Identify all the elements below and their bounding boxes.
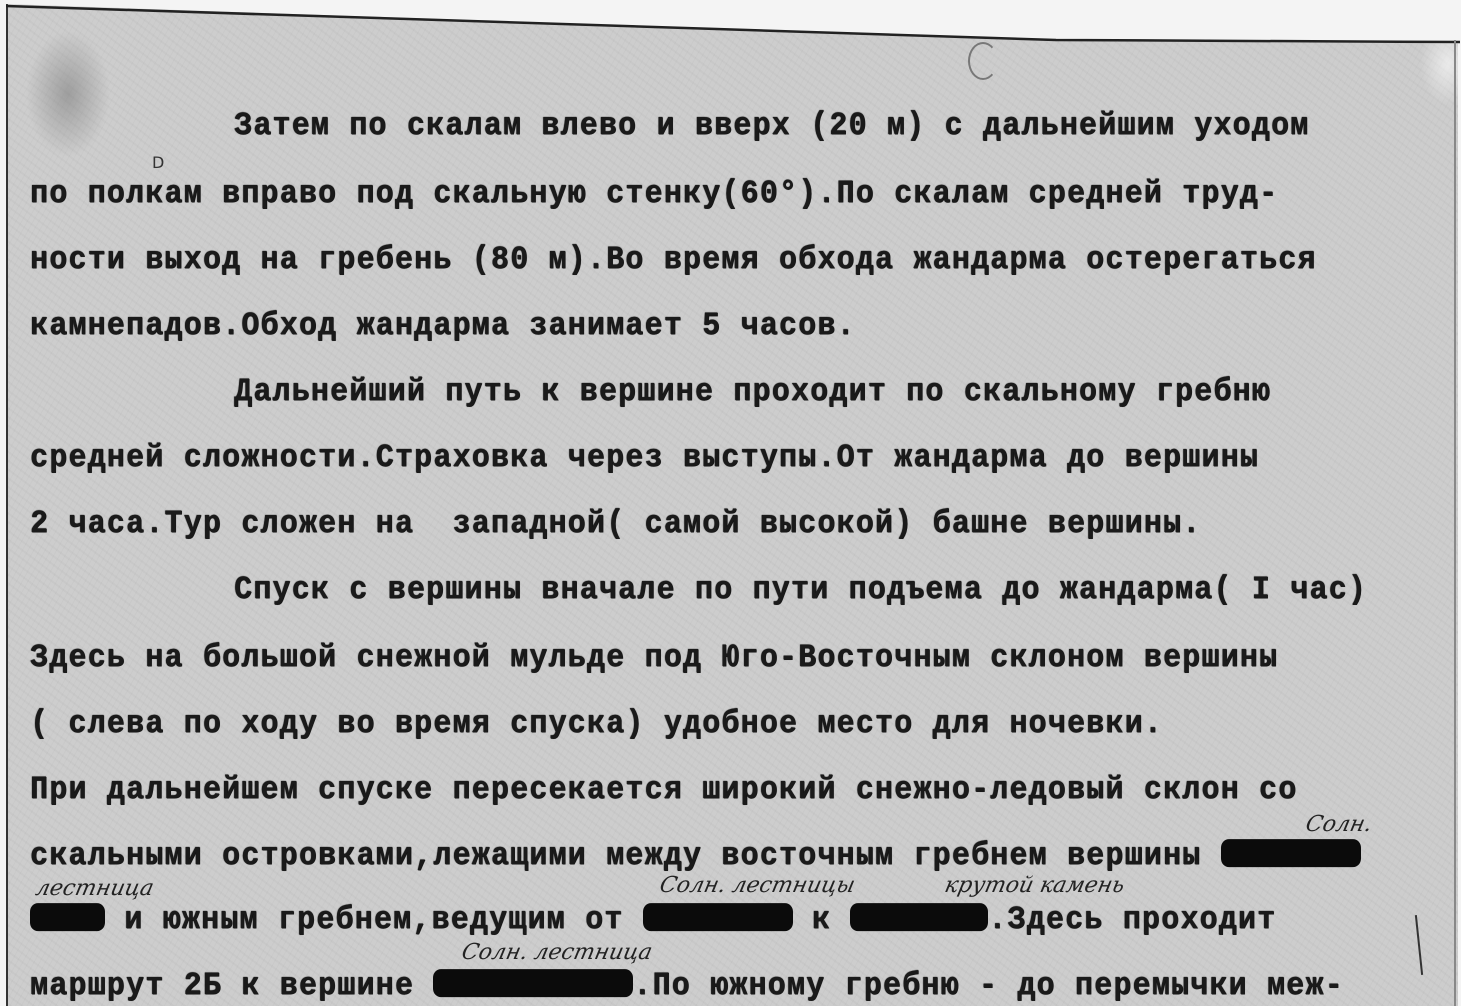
typed-text: камнепадов.Обход жандарма занимает 5 час… [30, 308, 856, 345]
typed-line: ности выход на гребень (80 м).Во время о… [30, 242, 1317, 279]
typed-text: 2 часа.Тур сложен на западной( самой выс… [30, 506, 1201, 543]
typed-line: Здесь на большой снежной мульде под Юго-… [30, 640, 1278, 677]
typed-text: маршрут 2Б к вершине [30, 968, 433, 1005]
typed-line: 2 часа.Тур сложен на западной( самой выс… [30, 506, 1201, 543]
typed-line: маршрут 2Б к вершине .По южному гребню -… [30, 968, 1344, 1005]
pencil-circle-mark [968, 42, 998, 80]
typed-text: к [793, 902, 851, 939]
typed-text: по полкам вправо под скальную стенку(60°… [30, 176, 1278, 213]
typed-text: Спуск с вершины вначале по пути подъема … [234, 572, 1367, 609]
typed-line: и южным гребнем,ведущим от к .Здесь прох… [30, 902, 1276, 939]
annotation-lestnitsa-1: лестница [33, 876, 156, 901]
typed-text: средней сложности.Страховка через выступ… [30, 440, 1259, 477]
typed-line: скальными островками,лежащими между вост… [30, 838, 1361, 875]
margin-mark: D [152, 153, 164, 172]
typed-text: ности выход на гребень (80 м).Во время о… [30, 242, 1317, 279]
typed-line: Спуск с вершины вначале по пути подъема … [234, 572, 1367, 609]
typed-line: При дальнейшем спуске пересекается широк… [30, 772, 1297, 809]
typed-text: .По южному гребню - до перемычки меж- [633, 968, 1344, 1005]
typed-text: скальными островками,лежащими между вост… [30, 838, 1221, 875]
paper-right-edge [1454, 40, 1456, 1006]
redaction-bar [850, 903, 988, 931]
typed-line: камнепадов.Обход жандарма занимает 5 час… [30, 308, 856, 345]
typed-text: При дальнейшем спуске пересекается широк… [30, 772, 1297, 809]
typed-line: Дальнейший путь к вершине проходит по ск… [234, 374, 1271, 411]
typed-line: Затем по скалам влево и вверх (20 м) с д… [234, 108, 1309, 145]
annotation-soln-lestnitsa-2: Солн. лестница [459, 940, 654, 965]
annotation-soln-1: Солн. [1303, 812, 1374, 837]
redaction-bar [1221, 839, 1361, 867]
annotation-soln-lestnitsy: Солн. лестницы [657, 873, 857, 898]
typed-text: Здесь на большой снежной мульде под Юго-… [30, 640, 1278, 677]
redaction-bar [433, 969, 633, 997]
typed-line: средней сложности.Страховка через выступ… [30, 440, 1259, 477]
redaction-bar [643, 903, 793, 931]
typed-text: и южным гребнем,ведущим от [105, 902, 643, 939]
annotation-krutoy-kamen: крутой камень [942, 873, 1127, 898]
typed-text: Дальнейший путь к вершине проходит по ск… [234, 374, 1271, 411]
typed-line: ( слева по ходу во время спуска) удобное… [30, 706, 1163, 743]
typed-text: .Здесь проходит [988, 902, 1276, 939]
typed-text: ( слева по ходу во время спуска) удобное… [30, 706, 1163, 743]
typed-line: по полкам вправо под скальную стенку(60°… [30, 176, 1278, 213]
redaction-bar [30, 903, 105, 931]
typed-text: Затем по скалам влево и вверх (20 м) с д… [234, 108, 1309, 145]
